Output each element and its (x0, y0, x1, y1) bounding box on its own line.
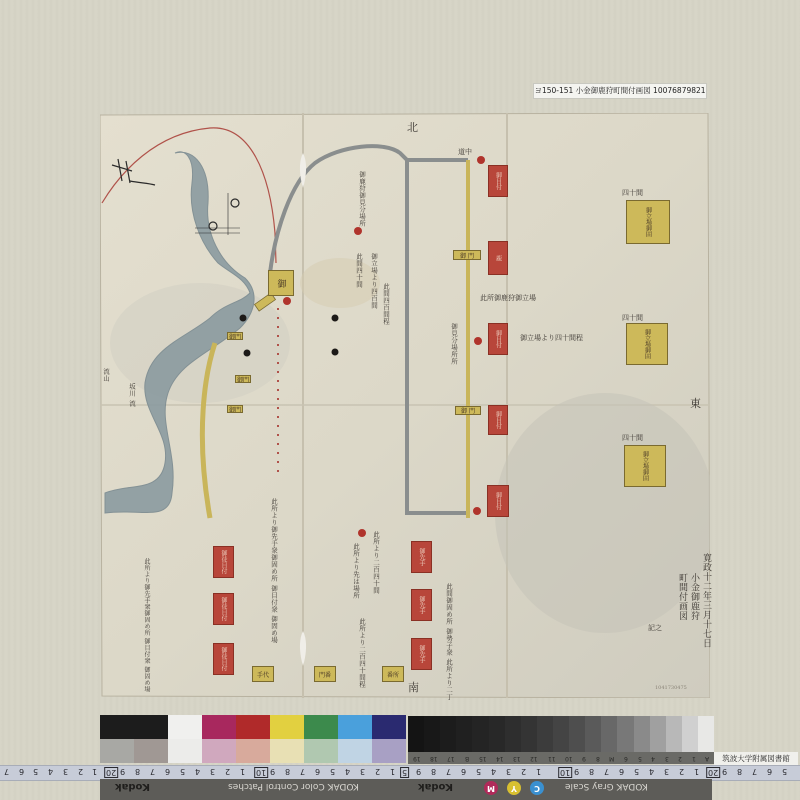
ruler-digit: 7 (604, 767, 609, 776)
color-patch-top (236, 715, 270, 739)
kodak-gray-scale-label: KODAK Gray Scale (565, 781, 648, 791)
ruler-digit: 5 (180, 767, 185, 776)
gray-scale-labels: 191817B15141312111098M654321A (408, 752, 714, 764)
gray-step (634, 716, 650, 752)
right-note-1: 此所御鹿狩御立場 (480, 293, 536, 303)
gray-step (585, 716, 601, 752)
gray-scale-label: M (609, 755, 614, 762)
right-low-header: 四十間 (622, 433, 643, 443)
kodak-logo-left: Kodak (115, 781, 150, 792)
gray-step (456, 716, 472, 752)
gray-step (505, 716, 521, 752)
gold-tab-left-3: 御門 (227, 332, 243, 340)
ruler-digit: 3 (360, 767, 365, 776)
yellow-dot-icon: Y (507, 781, 521, 795)
map-drawing (100, 113, 710, 698)
ruler-digit: 7 (300, 767, 305, 776)
ruler-digit: 8 (737, 767, 742, 776)
gray-step (424, 716, 440, 752)
gray-scale-label: 10 (565, 755, 573, 762)
lower-center-note-2: 此所より先は場所 (352, 543, 361, 599)
right-note-2: 御立場より四十間程 (520, 333, 583, 343)
kodak-logo-right: Kodak (418, 781, 453, 792)
right-mid-header: 四十間 (622, 313, 643, 323)
gray-scale-label: 6 (624, 755, 628, 762)
gold-tab-mid: 御 門 (455, 406, 481, 415)
color-patch-top (100, 715, 134, 739)
gold-tab-left-1: 御門 (235, 375, 251, 383)
ruler-digit: 4 (345, 767, 350, 776)
ruler-digit: 2 (521, 767, 526, 776)
ruler-digit: 8 (285, 767, 290, 776)
gold-box-right-top: 御立場御固 (626, 200, 670, 244)
gray-step (440, 716, 456, 752)
ruler-digit: 4 (48, 767, 53, 776)
ruler-digit: 1 (390, 767, 395, 776)
ruler-digit: 5 (476, 767, 481, 776)
lower-right-note: 此間御固め所 御勢子衆 此所より二丁 (445, 583, 454, 700)
gray-step (666, 716, 682, 752)
gray-scale-label: 15 (479, 755, 487, 762)
ruler-major-mark: 20 (706, 767, 720, 778)
ruler-digit: 7 (4, 767, 9, 776)
gold-box-right-low: 御立場御固 (624, 445, 666, 487)
red-box-east-3: 御目付 (488, 323, 508, 355)
red-box-east-5: 御目付 (487, 485, 509, 517)
gray-scale-label: 1 (692, 755, 696, 762)
gray-scale-label: A (705, 755, 709, 762)
red-box-west-2: 御徒目付 (213, 593, 234, 625)
color-patch-top (270, 715, 304, 739)
color-patch-bottom (338, 739, 372, 763)
river-label-2: 坂川 流 (128, 383, 137, 407)
gray-step (650, 716, 666, 752)
center-note-3: 御見分場所所 (450, 323, 459, 365)
stamp-number: 1041730475 (655, 685, 687, 691)
title-line-2: 小金御鹿狩 (688, 573, 701, 621)
gray-scale-label: 19 (413, 755, 421, 762)
ruler-digit: 9 (574, 767, 579, 776)
ruler-digit: 6 (461, 767, 466, 776)
ruler-digit: 5 (33, 767, 38, 776)
color-patch-bottom (168, 739, 202, 763)
ruler-digit: 2 (679, 767, 684, 776)
gray-scale-label: 13 (513, 755, 521, 762)
ruler-digit: 6 (165, 767, 170, 776)
ruler-major-mark: 5 (400, 767, 409, 778)
color-patch-top (304, 715, 338, 739)
ruler-digit: 2 (225, 767, 230, 776)
color-patch-bottom (134, 739, 168, 763)
compass-east: 東 (690, 395, 701, 411)
gray-scale-label: B (465, 755, 469, 762)
lower-left-block: 此所より御先手衆御固め所 御目付衆 御固め場 (142, 558, 151, 693)
gold-tab-bottom-3: 番所 (382, 666, 404, 682)
ruler-digit: 4 (491, 767, 496, 776)
gray-step (537, 716, 553, 752)
gray-step (521, 716, 537, 752)
gold-tab-left-2: 御門 (227, 405, 243, 413)
ruler-digit: 9 (270, 767, 275, 776)
ruler-digit: 1 (694, 767, 699, 776)
gray-scale-label: 3 (665, 755, 669, 762)
gold-tab-bottom-1: 手代 (252, 666, 274, 682)
castle-marker: 御 (268, 270, 294, 296)
red-box-east-2: 鹿 (488, 241, 508, 275)
gray-scale-label: 8 (596, 755, 600, 762)
red-box-west-3: 御徒目付 (213, 643, 234, 675)
ruler-digit: 9 (416, 767, 421, 776)
ruler-digit: 2 (78, 767, 83, 776)
ruler-digit: 7 (446, 767, 451, 776)
lower-left-note: 此所より御先手衆御固め所 御目付衆 御固め場 (270, 498, 279, 643)
gray-scale-label: 11 (548, 755, 556, 762)
gray-step (489, 716, 505, 752)
red-box-east-4: 御目付 (488, 405, 508, 435)
ruler-digit: 4 (195, 767, 200, 776)
gray-step (601, 716, 617, 752)
ruler-digit: 6 (767, 767, 772, 776)
ruler-digit: 6 (19, 767, 24, 776)
ruler-digit: 1 (240, 767, 245, 776)
gray-scale-label: 14 (496, 755, 504, 762)
color-patch-bottom (202, 739, 236, 763)
ruler-major-mark: 10 (254, 767, 268, 778)
ruler-major-mark: 10 (558, 767, 572, 778)
ruler-digit: 1 (92, 767, 97, 776)
red-box-south-3: 御先手 (411, 638, 432, 670)
gray-step (698, 716, 714, 752)
color-patch-bottom (372, 739, 406, 763)
color-patch-top (372, 715, 406, 739)
gray-scale-label: 17 (447, 755, 455, 762)
ruler-major-mark: 20 (104, 767, 118, 778)
gray-scale-strip (408, 716, 714, 752)
ruler-digit: 7 (752, 767, 757, 776)
ruler-digit: 3 (506, 767, 511, 776)
title-line-3: 町間付画図 (676, 573, 689, 621)
color-patch-top (202, 715, 236, 739)
ruler-digit: 8 (589, 767, 594, 776)
gray-step (408, 716, 424, 752)
ruler-digit: 7 (150, 767, 155, 776)
kodak-color-patches-label: KODAK Color Control Patches (228, 781, 359, 791)
cyan-dot-icon: C (530, 781, 544, 795)
color-patch-top (134, 715, 168, 739)
red-box-west-1: 御徒目付 (213, 546, 234, 578)
gray-scale-label: 12 (530, 755, 538, 762)
color-patch-bottom (100, 739, 134, 763)
color-patch-top (338, 715, 372, 739)
gold-box-right-mid: 御立場御固 (626, 323, 668, 365)
gray-step (682, 716, 698, 752)
ruler-digit: 6 (315, 767, 320, 776)
right-top-header: 四十間 (622, 188, 643, 198)
ruler-digit: 8 (431, 767, 436, 776)
upper-note-1: 御鹿狩御見分場所 (358, 171, 367, 227)
gray-step (617, 716, 633, 752)
ruler-digit: 3 (664, 767, 669, 776)
red-box-south-1: 御先手 (411, 541, 432, 573)
compass-south: 南 (408, 679, 419, 695)
gray-scale-label: 5 (638, 755, 642, 762)
ruler-digit: 2 (375, 767, 380, 776)
gray-step (553, 716, 569, 752)
ruler-digit: 4 (649, 767, 654, 776)
catalog-label: ヨ150-151 小金御鹿狩町間付画図 10076879821 (533, 83, 707, 99)
ruler-digit: 3 (63, 767, 68, 776)
lower-center-note-1: 此所より二百四十間 (372, 531, 381, 594)
signature: 記之 (648, 623, 662, 633)
library-label: 筑波大学附属図書館 (714, 752, 798, 765)
color-patch-top (168, 715, 202, 739)
gray-scale-label: 18 (430, 755, 438, 762)
gold-tab-upper: 御 門 (453, 250, 481, 260)
ruler-digit: 5 (330, 767, 335, 776)
gray-step (472, 716, 488, 752)
red-box-east-1: 御目付 (488, 165, 508, 197)
river-label-1: 流山 (102, 368, 111, 382)
ruler-digit: 9 (722, 767, 727, 776)
magenta-dot-icon: M (484, 781, 498, 795)
color-patch-bottom (304, 739, 338, 763)
top-road-label: 道中 (458, 147, 472, 157)
title-line-1: 寛政十二年三月十七日 (700, 553, 713, 648)
ruler-digit: 5 (634, 767, 639, 776)
ruler-digit: 5 (782, 767, 787, 776)
gray-scale-label: 2 (678, 755, 682, 762)
center-note-1: 此間四百間程 (382, 283, 391, 325)
ruler-digit: 8 (135, 767, 140, 776)
ruler-digit: 9 (120, 767, 125, 776)
ruler-digit: 6 (619, 767, 624, 776)
map-sheet: 北 南 東 御 四十間 御立場御固 四十間 御立場御固 四十間 御立場御固 御 … (100, 113, 710, 698)
upper-note-2: 御立場より四百間 (370, 253, 379, 309)
ruler-digit: 1 (536, 767, 541, 776)
color-patch-bottom (270, 739, 304, 763)
gray-scale-label: 9 (582, 755, 586, 762)
gray-scale-label: 4 (651, 755, 655, 762)
gold-tab-bottom-2: 門番 (314, 666, 336, 682)
center-note-2: 此間四十間 (355, 253, 364, 288)
ruler-digit: 3 (210, 767, 215, 776)
compass-north: 北 (407, 119, 418, 135)
lower-center-note-3: 此所より二百四十間程 (358, 618, 367, 688)
gray-step (569, 716, 585, 752)
red-box-south-2: 御先手 (411, 589, 432, 621)
color-patch-bottom (236, 739, 270, 763)
